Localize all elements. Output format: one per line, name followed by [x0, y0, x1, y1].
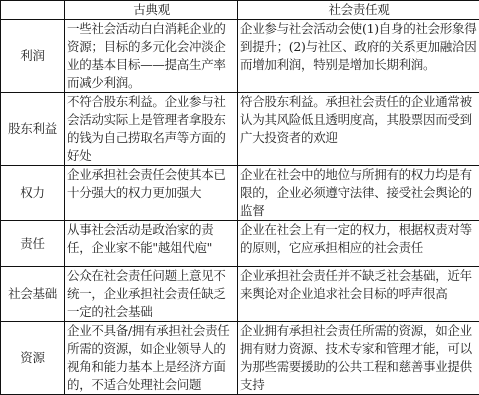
row-label-shareholder-interest: 股东利益	[1, 93, 65, 166]
comparison-table: 古典观 社会责任观 利润 一些社会活动白白消耗企业的资源；目标的多元化会冲淡企业…	[0, 0, 479, 369]
cell-classical: 不符合股东利益。企业参与社会活动实际上是管理者拿股东的钱为自己捞取名声等方面的好…	[65, 93, 238, 166]
cell-social: 企业在社会上有一定的权力，根据权责对等的原则，它应承担相应的社会责任	[238, 221, 479, 267]
row-label-power: 权力	[1, 166, 65, 221]
cell-social: 企业拥有承担社会责任所需的资源，如企业拥有财力资源、技术专家和管理才能，可以为那…	[238, 322, 479, 370]
cell-social: 企业参与社会活动会使(1)自身的社会形象得到提升；(2)与社区、政府的关系更加融…	[238, 20, 479, 93]
header-classical-view: 古典观	[65, 1, 238, 20]
header-social-responsibility-view: 社会责任观	[238, 1, 479, 20]
cell-classical: 公众在社会责任问题上意见不统一，企业承担社会责任缺乏一定的社会基础	[65, 267, 238, 322]
header-row: 古典观 社会责任观	[1, 1, 479, 20]
table-row: 资源 企业不具备/拥有承担社会责任所需的资源，如企业领导人的视角和能力基本上是经…	[1, 322, 479, 370]
header-aspect	[1, 1, 65, 20]
table-row: 责任 从事社会活动是政治家的责任，企业家不能"越俎代庖" 企业在社会上有一定的权…	[1, 221, 479, 267]
table-row: 权力 企业承担社会责任会使其本已十分强大的权力更加强大 企业在社会中的地位与所拥…	[1, 166, 479, 221]
cell-classical: 企业承担社会责任会使其本已十分强大的权力更加强大	[65, 166, 238, 221]
row-label-profit: 利润	[1, 20, 65, 93]
row-label-resources: 资源	[1, 322, 65, 370]
table-row: 社会基础 公众在社会责任问题上意见不统一，企业承担社会责任缺乏一定的社会基础 企…	[1, 267, 479, 322]
cell-social: 企业承担社会责任并不缺乏社会基础，近年来舆论对企业追求社会目标的呼声很高	[238, 267, 479, 322]
table-row: 利润 一些社会活动白白消耗企业的资源；目标的多元化会冲淡企业的基本目标——提高生…	[1, 20, 479, 93]
cell-classical: 一些社会活动白白消耗企业的资源；目标的多元化会冲淡企业的基本目标——提高生产率而…	[65, 20, 238, 93]
cell-classical: 从事社会活动是政治家的责任，企业家不能"越俎代庖"	[65, 221, 238, 267]
table-row: 股东利益 不符合股东利益。企业参与社会活动实际上是管理者拿股东的钱为自己捞取名声…	[1, 93, 479, 166]
cell-social: 符合股东利益。承担社会责任的企业通常被认为其风险低且透明度高，其股票因而受到广大…	[238, 93, 479, 166]
cell-social: 企业在社会中的地位与所拥有的权力均是有限的，企业必须遵守法律、接受社会舆论的监督	[238, 166, 479, 221]
cell-classical: 企业不具备/拥有承担社会责任所需的资源，如企业领导人的视角和能力基本上是经济方面…	[65, 322, 238, 370]
row-label-responsibility: 责任	[1, 221, 65, 267]
row-label-social-basis: 社会基础	[1, 267, 65, 322]
